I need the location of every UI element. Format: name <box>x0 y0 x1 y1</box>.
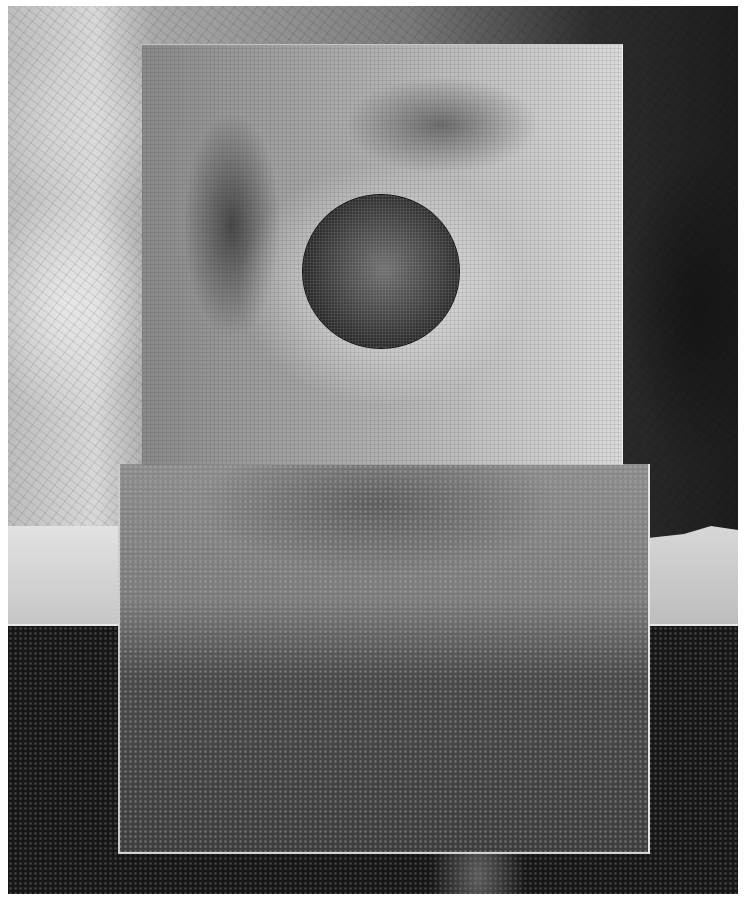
left-light-patch <box>8 526 118 626</box>
artwork-plate <box>8 6 738 894</box>
lower-panel <box>118 464 650 854</box>
sphere <box>303 195 459 348</box>
right-light-patch <box>648 526 738 626</box>
